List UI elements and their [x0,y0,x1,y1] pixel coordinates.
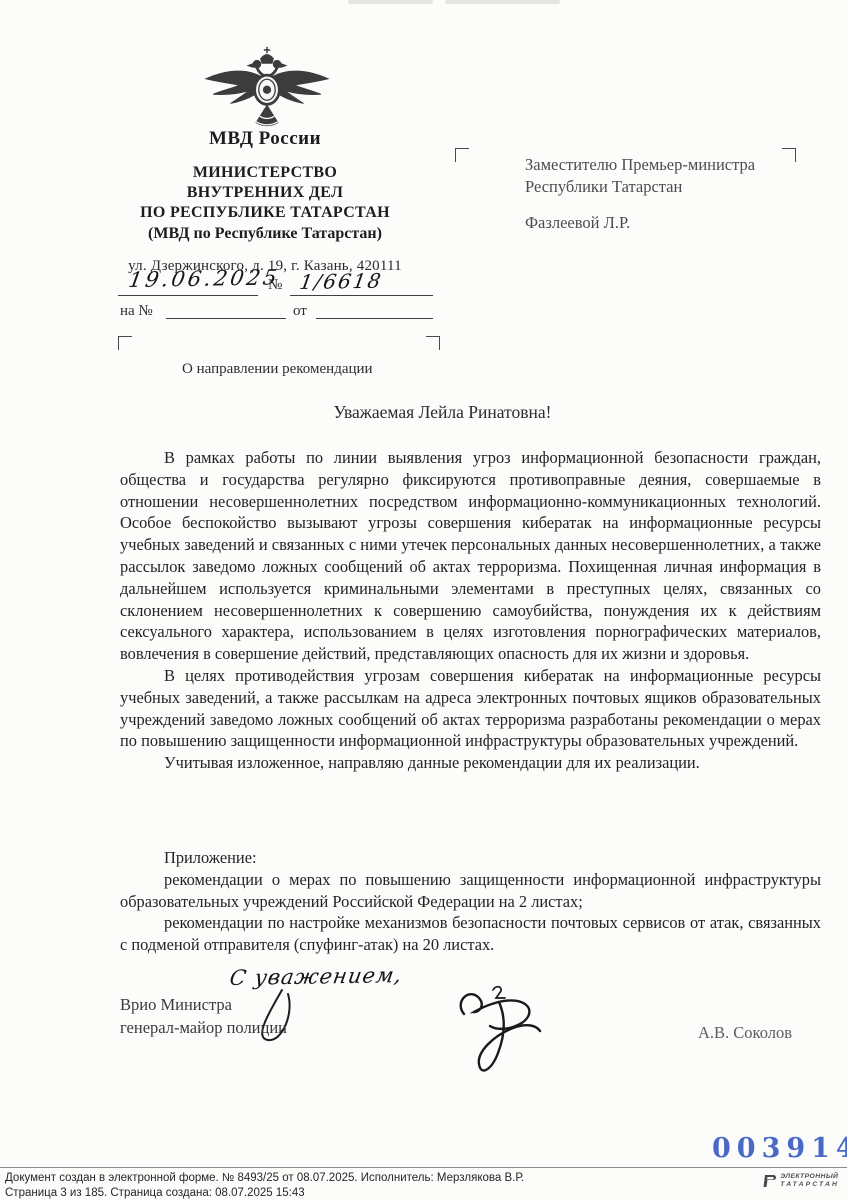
corner-mark [455,148,469,162]
org-name-short: (МВД по Республике Татарстан) [95,225,435,243]
handwritten-outgoing-number: 1/6618 [298,269,384,294]
org-name-line: ПО РЕСПУБЛИКЕ ТАТАРСТАН [95,203,435,223]
reply-to-number-label: на № [120,303,153,320]
page-stamp-number: 003914 [712,1133,847,1164]
footer-line: Документ создан в электронной форме. № 8… [5,1171,524,1186]
footer-info: Документ создан в электронной форме. № 8… [5,1171,524,1200]
signer-position: Врио Министра генерал-майор полиции [120,993,287,1039]
electronic-tatarstan-logo: ЭЛЕКТРОННЫЙ ТАТАРСТАН [761,1173,839,1188]
logo-text-line: ТАТАРСТАН [780,1181,839,1189]
footer-line: Страница 3 из 185. Страница создана: 08.… [5,1186,524,1200]
number-sign: № [268,277,282,294]
attachments-section: Приложение: рекомендации о мерах по повы… [120,847,821,956]
reply-from-label: от [293,303,307,320]
recipient-name: Фазлеевой Л.Р. [525,212,800,234]
subject-line: О направлении рекомендации [182,361,373,378]
letterhead: МВД России МИНИСТЕРСТВО ВНУТРЕННИХ ДЕЛ П… [95,128,435,275]
scan-artifact [445,0,560,4]
reply-date-underline [316,318,433,319]
reply-number-underline [166,318,286,319]
salutation: Уважаемая Лейла Ринатовна! [120,402,765,423]
mvd-double-eagle-emblem [203,45,331,134]
scanned-letter-page: МВД России МИНИСТЕРСТВО ВНУТРЕННИХ ДЕЛ П… [0,0,847,1200]
attachment-item: рекомендации по настройке механизмов без… [120,912,821,956]
signer-position-line: Врио Министра [120,993,287,1016]
logo-text: ЭЛЕКТРОННЫЙ ТАТАРСТАН [780,1173,839,1188]
footer-divider [0,1167,847,1168]
org-name-line: ВНУТРЕННИХ ДЕЛ [95,183,435,203]
electronic-tatarstan-logo-icon [761,1174,777,1188]
body-paragraph: В целях противодействия угрозам совершен… [120,665,821,752]
letter-body: В рамках работы по линии выявления угроз… [120,447,821,774]
handwritten-date: 19.06.2025 [127,265,282,292]
org-name-line: МИНИСТЕРСТВО [95,163,435,183]
signature-scribble [448,978,558,1083]
signer-position-line: генерал-майор полиции [120,1016,287,1039]
body-paragraph: В рамках работы по линии выявления угроз… [120,447,821,665]
recipient-line: Республики Татарстан [525,176,800,198]
date-underline [118,295,258,296]
org-name-top: МВД России [95,128,435,150]
recipient-block: Заместителю Премьер-министра Республики … [525,154,800,234]
corner-mark [426,336,440,350]
signer-name: А.В. Соколов [698,1023,813,1043]
body-paragraph: Учитывая изложенное, направляю данные ре… [120,752,821,774]
attachments-title: Приложение: [120,847,821,869]
number-underline [290,295,433,296]
handwritten-note: С уважением, [228,963,404,990]
logo-text-line: ЭЛЕКТРОННЫЙ [780,1173,839,1181]
recipient-line: Заместителю Премьер-министра [525,154,800,176]
scan-artifact [348,0,433,4]
attachment-item: рекомендации о мерах по повышению защище… [120,869,821,913]
corner-mark [118,336,132,350]
